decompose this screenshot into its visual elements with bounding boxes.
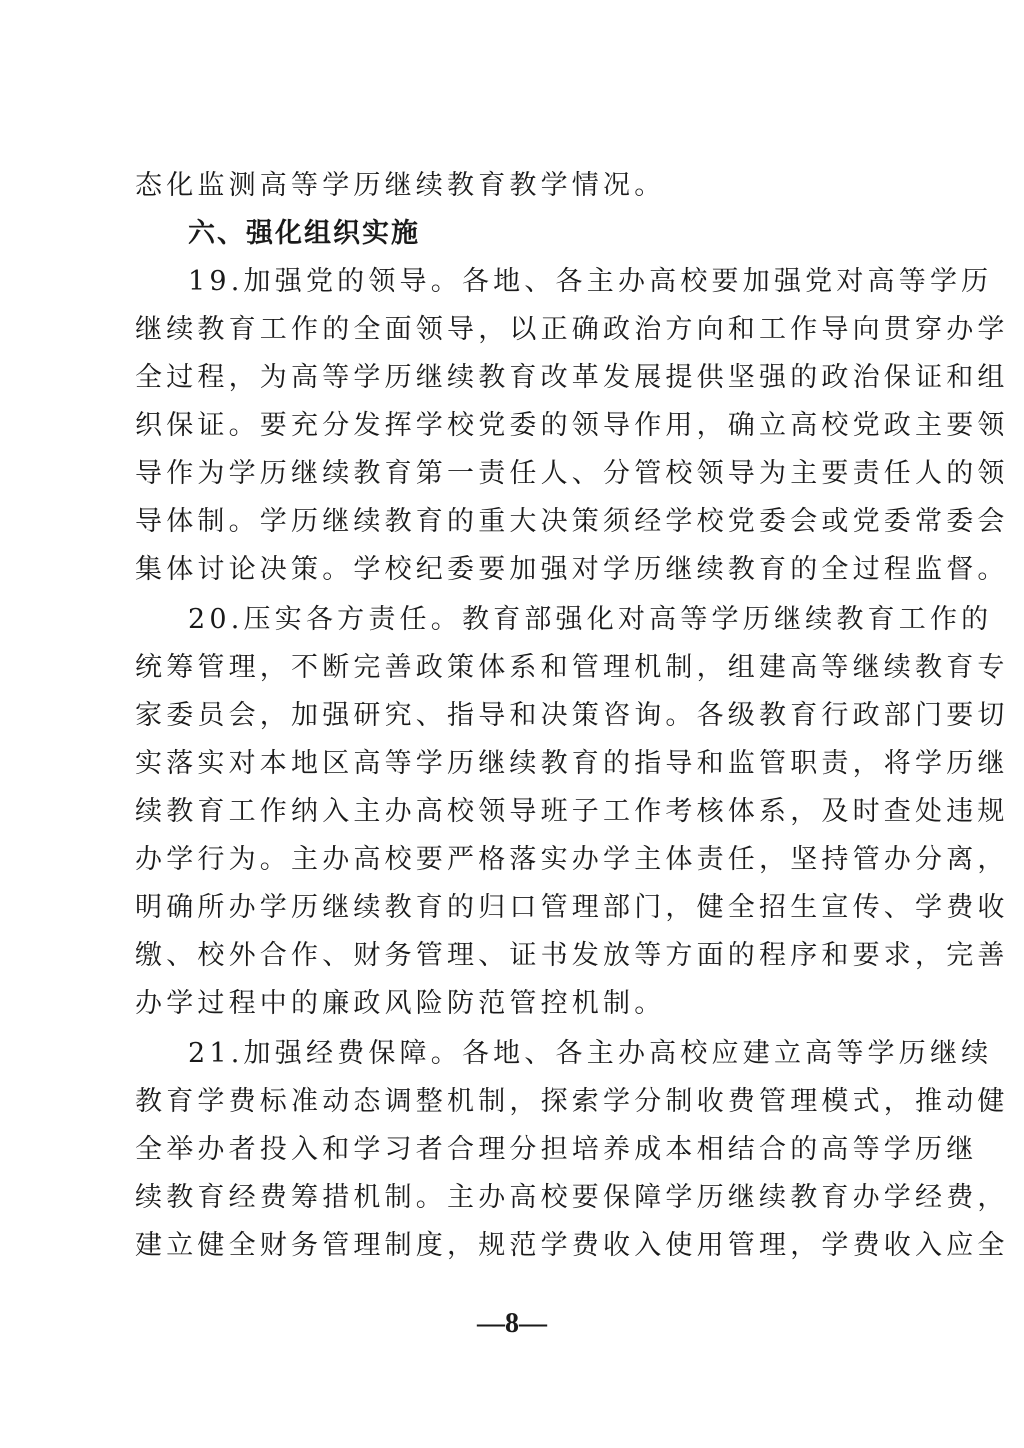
text-line: 集体讨论决策。学校纪委要加强对学历继续教育的全过程监督。: [135, 550, 895, 590]
text-line: 全过程，为高等学历继续教育改革发展提供坚强的政治保证和组: [135, 358, 895, 398]
page-number: —8—: [0, 1304, 1024, 1344]
text-line: 导体制。学历继续教育的重大决策须经学校党委会或党委常委会: [135, 502, 895, 542]
paragraph-19-start: 19.加强党的领导。各地、各主办高校要加强党对高等学历: [188, 262, 895, 302]
text-line: 续教育工作纳入主办高校领导班子工作考核体系，及时查处违规: [135, 792, 895, 832]
text-line: 继续教育工作的全面领导，以正确政治方向和工作导向贯穿办学: [135, 310, 895, 350]
section-heading: 六、强化组织实施: [188, 214, 420, 254]
text-line: 导作为学历继续教育第一责任人、分管校领导为主要责任人的领: [135, 454, 895, 494]
text-line: 办学行为。主办高校要严格落实办学主体责任，坚持管办分离，: [135, 840, 895, 880]
text-line: 建立健全财务管理制度，规范学费收入使用管理，学费收入应全: [135, 1226, 895, 1266]
document-page: 态化监测高等学历继续教育教学情况。 六、强化组织实施 19.加强党的领导。各地、…: [0, 0, 1024, 1448]
text-line: 统筹管理，不断完善政策体系和管理机制，组建高等继续教育专: [135, 648, 895, 688]
text-line: 明确所办学历继续教育的归口管理部门，健全招生宣传、学费收: [135, 888, 895, 928]
paragraph-21-start: 21.加强经费保障。各地、各主办高校应建立高等学历继续: [188, 1034, 895, 1074]
text-line: 家委员会，加强研究、指导和决策咨询。各级教育行政部门要切: [135, 696, 895, 736]
text-line: 办学过程中的廉政风险防范管控机制。: [135, 984, 895, 1024]
text-line: 态化监测高等学历继续教育教学情况。: [135, 166, 895, 206]
text-line: 织保证。要充分发挥学校党委的领导作用，确立高校党政主要领: [135, 406, 895, 446]
text-line: 全举办者投入和学习者合理分担培养成本相结合的高等学历继: [135, 1130, 895, 1170]
text-line: 实落实对本地区高等学历继续教育的指导和监管职责，将学历继: [135, 744, 895, 784]
text-line: 缴、校外合作、财务管理、证书发放等方面的程序和要求，完善: [135, 936, 895, 976]
text-line: 教育学费标准动态调整机制，探索学分制收费管理模式，推动健: [135, 1082, 895, 1122]
text-line: 续教育经费筹措机制。主办高校要保障学历继续教育办学经费，: [135, 1178, 895, 1218]
paragraph-20-start: 20.压实各方责任。教育部强化对高等学历继续教育工作的: [188, 600, 895, 640]
